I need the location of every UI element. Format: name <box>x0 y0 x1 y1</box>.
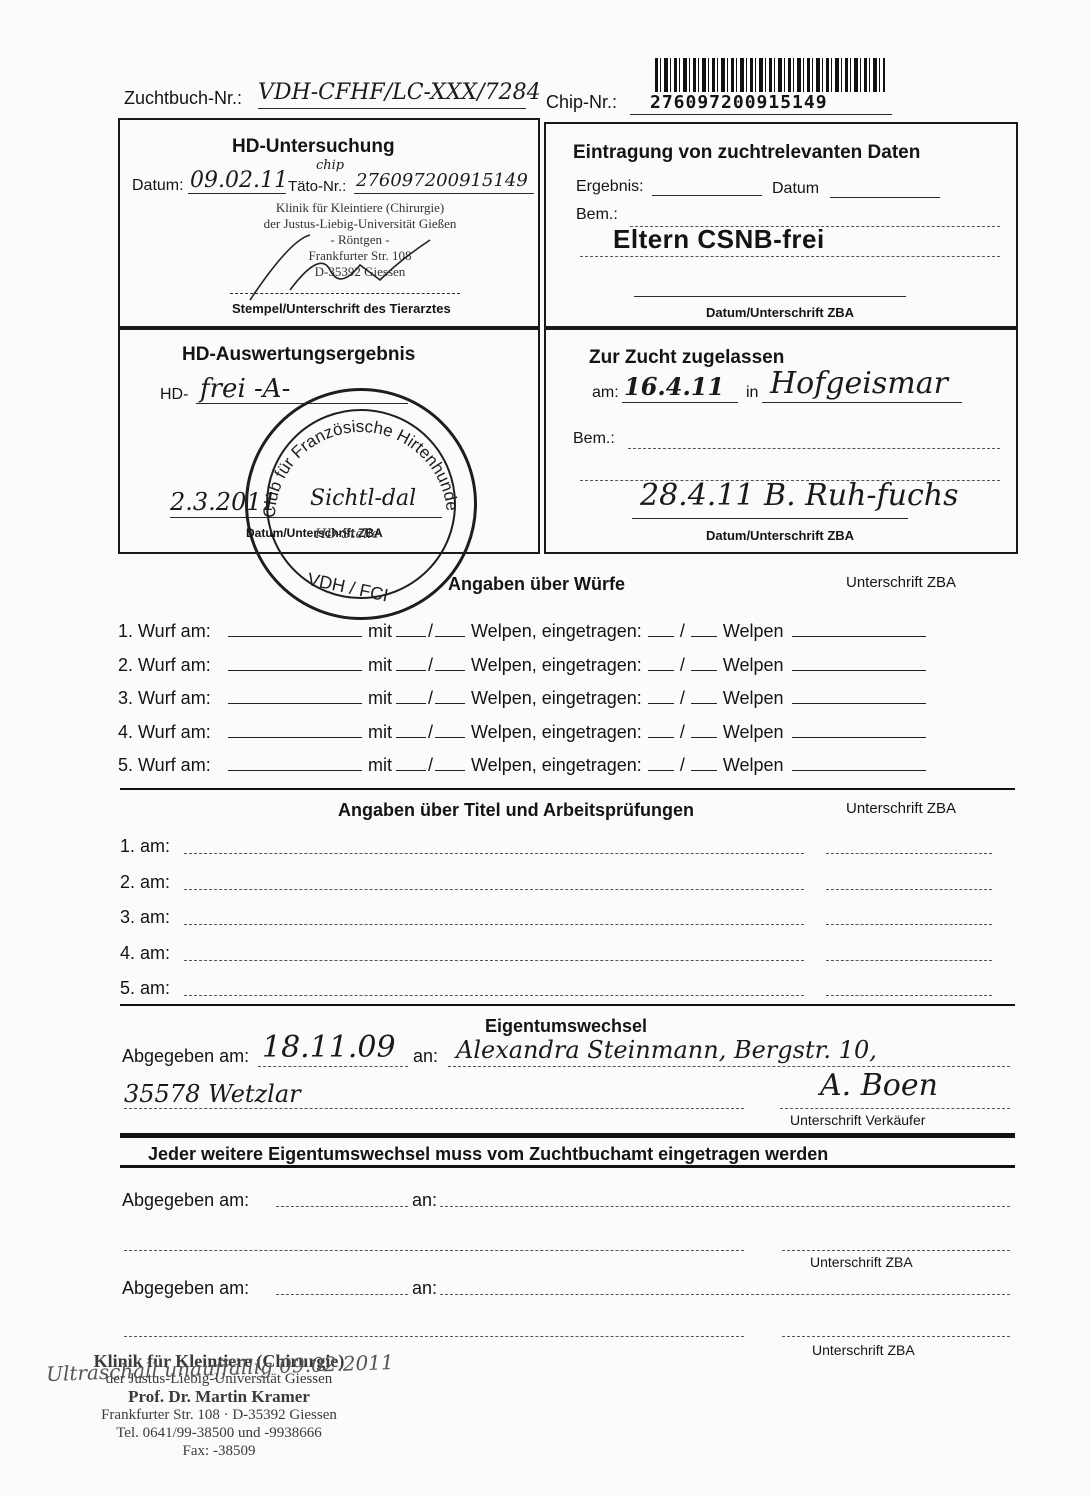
wurf-welpen: Welpen <box>723 655 784 676</box>
wurf-row: 3. Wurf am:mit/Welpen, eingetragen:/Welp… <box>118 687 926 709</box>
zuchtbuch-label: Zuchtbuch-Nr.: <box>124 88 242 109</box>
titel-zba-signature-field[interactable] <box>826 995 992 996</box>
wurf-count-male[interactable] <box>396 620 426 637</box>
wurf-welpen-eingetragen: Welpen, eingetragen: <box>471 655 642 676</box>
slash: / <box>428 655 433 676</box>
eingetragen-female[interactable] <box>691 654 717 671</box>
slash: / <box>680 655 685 676</box>
slash: / <box>428 722 433 743</box>
wurf-label: 2. Wurf am: <box>118 655 228 676</box>
wuerfe-title: Angaben über Würfe <box>448 574 625 595</box>
titel-row-label: 1. am: <box>120 836 170 857</box>
eingetragen-male[interactable] <box>648 721 674 738</box>
wurf-row: 5. Wurf am:mit/Welpen, eingetragen:/Welp… <box>118 754 926 776</box>
eintragung-datum-label: Datum <box>772 180 819 198</box>
barcode <box>655 58 885 92</box>
wurf-count-male[interactable] <box>396 687 426 704</box>
wurf-label: 1. Wurf am: <box>118 621 228 642</box>
ergebnis-label: Ergebnis: <box>576 178 644 196</box>
wurf-count-female[interactable] <box>435 620 465 637</box>
wurf-welpen-eingetragen: Welpen, eingetragen: <box>471 722 642 743</box>
wurf-welpen: Welpen <box>723 755 784 776</box>
an-label-2: an: <box>412 1190 437 1211</box>
zucht-in-value[interactable]: Hofgeismar <box>770 366 948 401</box>
wurf-mit: mit <box>368 755 392 776</box>
wurf-count-female[interactable] <box>435 754 465 771</box>
titel-title: Angaben über Titel und Arbeitsprüfungen <box>338 800 694 821</box>
wuerfe-unterschrift: Unterschrift ZBA <box>846 574 956 591</box>
titel-zba-signature-field[interactable] <box>826 960 992 961</box>
svg-text:Club für Französische Hirtenhu: Club für Französische Hirtenhunde e.V. <box>245 388 462 518</box>
eingetragen-female[interactable] <box>691 721 717 738</box>
an-label: an: <box>413 1046 438 1067</box>
svg-text:VDH / FCI: VDH / FCI <box>306 569 390 606</box>
chip-label: Chip-Nr.: <box>546 92 617 113</box>
zucht-title: Zur Zucht zugelassen <box>589 347 784 369</box>
datum-label: Datum: <box>132 177 184 195</box>
transfer-notice: Jeder weitere Eigentumswechsel muss vom … <box>148 1144 828 1165</box>
slash: / <box>428 755 433 776</box>
hd-datum-value[interactable]: 09.02.11 <box>190 168 288 193</box>
bem-value[interactable]: Eltern CSNB-frei <box>613 224 825 255</box>
eintragung-footer: Datum/Unterschrift ZBA <box>706 305 854 320</box>
wurf-welpen: Welpen <box>723 621 784 642</box>
tato-note: chip <box>316 158 344 173</box>
wurf-mit: mit <box>368 655 392 676</box>
titel-field[interactable] <box>184 960 804 961</box>
wurf-date-field[interactable] <box>228 654 362 671</box>
seller-signature: A. Boen <box>820 1068 938 1103</box>
zucht-bem-label: Bem.: <box>573 430 615 448</box>
hd-auswertung-title: HD-Auswertungsergebnis <box>182 344 415 366</box>
titel-zba-signature-field[interactable] <box>826 853 992 854</box>
wurf-welpen-eingetragen: Welpen, eingetragen: <box>471 688 642 709</box>
abgegeben-field-3[interactable] <box>276 1294 408 1295</box>
wurf-zba-signature-field[interactable] <box>792 754 926 771</box>
zuchtbuch-value[interactable]: VDH-CFHF/LC-XXX/7284 <box>258 80 541 105</box>
wurf-date-field[interactable] <box>228 721 362 738</box>
titel-field[interactable] <box>184 924 804 925</box>
wurf-mit: mit <box>368 688 392 709</box>
slash: / <box>428 621 433 642</box>
svg-text:HD-Stelle: HD-Stelle <box>314 527 380 542</box>
abgegeben-label-3: Abgegeben am: <box>122 1278 249 1299</box>
slash: / <box>680 722 685 743</box>
zucht-signature: 28.4.11 B. Ruh-fuchs <box>640 478 958 513</box>
abgegeben-label: Abgegeben am: <box>122 1046 249 1067</box>
wurf-mit: mit <box>368 621 392 642</box>
wurf-count-male[interactable] <box>396 654 426 671</box>
slash: / <box>680 688 685 709</box>
wurf-count-male[interactable] <box>396 754 426 771</box>
wurf-count-female[interactable] <box>435 654 465 671</box>
abgegeben-field-2[interactable] <box>276 1206 408 1207</box>
zucht-footer: Datum/Unterschrift ZBA <box>706 528 854 543</box>
vet-signature <box>230 230 460 310</box>
wurf-count-male[interactable] <box>396 721 426 738</box>
eingetragen-female[interactable] <box>691 754 717 771</box>
tato-value[interactable]: 276097200915149 <box>356 170 528 191</box>
wurf-mit: mit <box>368 722 392 743</box>
hd-untersuchung-title: HD-Untersuchung <box>232 136 395 158</box>
titel-row-label: 3. am: <box>120 907 170 928</box>
wurf-zba-signature-field[interactable] <box>792 620 926 637</box>
wurf-row: 1. Wurf am:mit/Welpen, eingetragen:/Welp… <box>118 620 926 642</box>
seller-signature-label: Unterschrift Verkäufer <box>790 1112 925 1128</box>
wurf-welpen: Welpen <box>723 722 784 743</box>
an-value-line2[interactable]: 35578 Wetzlar <box>124 1080 301 1108</box>
eingetragen-male[interactable] <box>648 620 674 637</box>
wurf-zba-signature-field[interactable] <box>792 721 926 738</box>
eingetragen-male[interactable] <box>648 654 674 671</box>
wurf-count-female[interactable] <box>435 721 465 738</box>
wurf-label: 5. Wurf am: <box>118 755 228 776</box>
wurf-welpen-eingetragen: Welpen, eingetragen: <box>471 621 642 642</box>
bem-label: Bem.: <box>576 206 618 224</box>
eingetragen-female[interactable] <box>691 620 717 637</box>
tato-label: Täto-Nr.: <box>288 178 346 195</box>
titel-row-label: 4. am: <box>120 943 170 964</box>
wurf-count-female[interactable] <box>435 687 465 704</box>
slash: / <box>680 755 685 776</box>
eingetragen-male[interactable] <box>648 754 674 771</box>
titel-zba-signature-field[interactable] <box>826 924 992 925</box>
wurf-date-field[interactable] <box>228 620 362 637</box>
abgegeben-label-2: Abgegeben am: <box>122 1190 249 1211</box>
wurf-welpen: Welpen <box>723 688 784 709</box>
unterschrift-zba-2: Unterschrift ZBA <box>810 1254 913 1270</box>
eingetragen-female[interactable] <box>691 687 717 704</box>
an-value[interactable]: Alexandra Steinmann, Bergstr. 10, <box>456 1036 877 1064</box>
chip-number: 276097200915149 <box>650 92 828 113</box>
titel-unterschrift: Unterschrift ZBA <box>846 800 956 817</box>
titel-field[interactable] <box>184 995 804 996</box>
titel-field[interactable] <box>184 889 804 890</box>
eingetragen-male[interactable] <box>648 687 674 704</box>
wurf-date-field[interactable] <box>228 754 362 771</box>
titel-row-label: 5. am: <box>120 978 170 999</box>
wurf-label: 3. Wurf am: <box>118 688 228 709</box>
hd-label: HD- <box>160 386 188 404</box>
eigentum-title: Eigentumswechsel <box>485 1016 647 1037</box>
zucht-am-value[interactable]: 16.4.11 <box>624 372 724 401</box>
wurf-zba-signature-field[interactable] <box>792 654 926 671</box>
an-field-2[interactable] <box>440 1206 1010 1207</box>
abgegeben-value[interactable]: 18.11.09 <box>262 1030 396 1065</box>
an-field-3[interactable] <box>440 1294 1010 1295</box>
wurf-row: 2. Wurf am:mit/Welpen, eingetragen:/Welp… <box>118 654 926 676</box>
club-stamp-text: Club für Französische Hirtenhunde e.V. H… <box>245 388 477 620</box>
unterschrift-zba-3: Unterschrift ZBA <box>812 1342 915 1358</box>
wurf-zba-signature-field[interactable] <box>792 687 926 704</box>
zucht-in-label: in <box>746 384 758 402</box>
wurf-row: 4. Wurf am:mit/Welpen, eingetragen:/Welp… <box>118 721 926 743</box>
titel-row-label: 2. am: <box>120 872 170 893</box>
wurf-label: 4. Wurf am: <box>118 722 228 743</box>
vet-signature-label: Stempel/Unterschrift des Tierarztes <box>232 301 451 316</box>
titel-zba-signature-field[interactable] <box>826 889 992 890</box>
wurf-welpen-eingetragen: Welpen, eingetragen: <box>471 755 642 776</box>
slash: / <box>680 621 685 642</box>
an-label-3: an: <box>412 1278 437 1299</box>
slash: / <box>428 688 433 709</box>
eintragung-title: Eintragung von zuchtrelevanten Daten <box>573 142 920 164</box>
titel-field[interactable] <box>184 853 804 854</box>
zucht-am-label: am: <box>592 384 619 402</box>
wurf-date-field[interactable] <box>228 687 362 704</box>
